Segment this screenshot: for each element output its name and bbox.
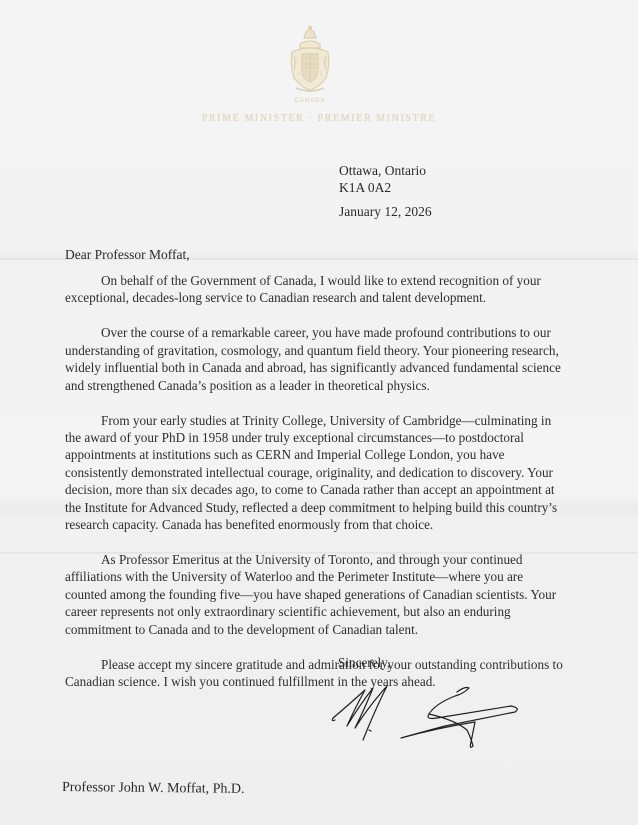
letter-body: On behalf of the Government of Canada, I…: [65, 272, 565, 708]
sender-address: Ottawa, Ontario K1A 0A2: [339, 162, 426, 196]
signature-icon: [325, 668, 535, 758]
paragraph: On behalf of the Government of Canada, I…: [65, 272, 565, 307]
paragraph: As Professor Emeritus at the University …: [65, 551, 565, 638]
address-line-2: K1A 0A2: [339, 179, 426, 196]
paragraph: Over the course of a remarkable career, …: [65, 324, 565, 394]
office-title: PRIME MINISTER · PREMIER MINISTRE: [150, 113, 488, 124]
coat-of-arms-icon: [284, 26, 336, 96]
letter-date: January 12, 2026: [339, 204, 432, 220]
salutation: Dear Professor Moffat,: [65, 247, 190, 263]
crest-caption: CANADA: [280, 98, 340, 104]
paragraph: From your early studies at Trinity Colle…: [65, 412, 565, 534]
recipient-name: Professor John W. Moffat, Ph.D.: [62, 780, 245, 798]
letter-page: CANADA PRIME MINISTER · PREMIER MINISTRE…: [0, 0, 638, 825]
address-line-1: Ottawa, Ontario: [339, 162, 426, 179]
